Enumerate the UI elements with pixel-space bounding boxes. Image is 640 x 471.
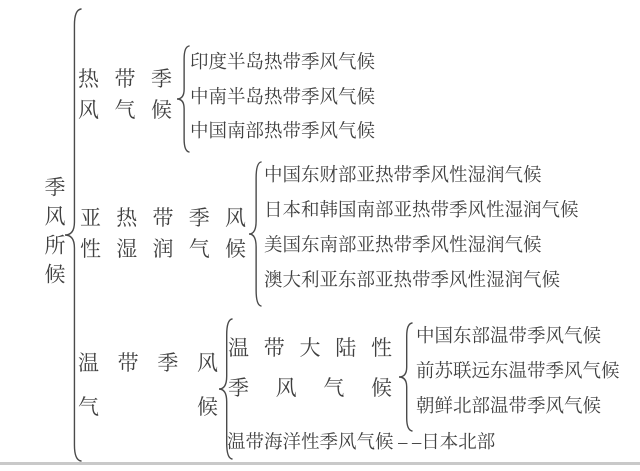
temperate-continental-label-row2: 季风气候 bbox=[228, 377, 392, 400]
subtropical-monsoon-brace bbox=[248, 161, 262, 307]
leaf-south-china: 中国南部热带季风气候 bbox=[190, 122, 375, 143]
leaf-southeast-us: 美国东南部亚热带季风性湿润气候 bbox=[264, 236, 542, 257]
leaf-japan-south-korea: 日本和韩国南部亚热带季风性湿润气候 bbox=[264, 201, 579, 222]
tropical-monsoon-label-row1: 热带季 bbox=[78, 68, 172, 91]
bottom-divider bbox=[0, 462, 640, 465]
temperate-continental-label-row1: 温带大陆性 bbox=[228, 337, 392, 360]
leaf-east-china-temperate: 中国东部温带季风气候 bbox=[416, 327, 601, 348]
monsoon-climate-tree-diagram: 季风所候 热带季 风气候 印度半岛热带季风气候 中南半岛热带季风气候 中国南部热… bbox=[0, 0, 640, 471]
leaf-india-peninsula: 印度半岛热带季风气候 bbox=[190, 53, 375, 74]
tropical-monsoon-label-row2: 风气候 bbox=[78, 99, 172, 122]
leaf-soviet-far-east: 前苏联远东温带季风气候 bbox=[416, 362, 620, 383]
leaf-east-china-subtropical: 中国东财部亚热带季风性湿润气候 bbox=[264, 166, 542, 187]
temperate-monsoon-label-row1: 温带季风 bbox=[78, 352, 218, 375]
temperate-monsoon-label-row2: 气候 bbox=[78, 396, 218, 419]
root-label: 季风所候 bbox=[42, 176, 66, 292]
subtropical-monsoon-label-row1: 亚热带季风 bbox=[80, 207, 246, 230]
leaf-north-korea: 朝鲜北部温带季风气候 bbox=[416, 397, 601, 418]
temperate-continental-brace bbox=[398, 322, 413, 432]
leaf-east-australia: 澳大利亚东部亚热带季风性湿润气候 bbox=[264, 271, 560, 292]
leaf-indochina-peninsula: 中南半岛热带季风气候 bbox=[190, 88, 375, 109]
subtropical-monsoon-label-row2: 性湿润气候 bbox=[80, 238, 246, 261]
tropical-monsoon-brace bbox=[176, 45, 190, 153]
leaf-temperate-oceanic-north-japan: 温带海洋性季风气候 – –日本北部 bbox=[227, 433, 495, 454]
